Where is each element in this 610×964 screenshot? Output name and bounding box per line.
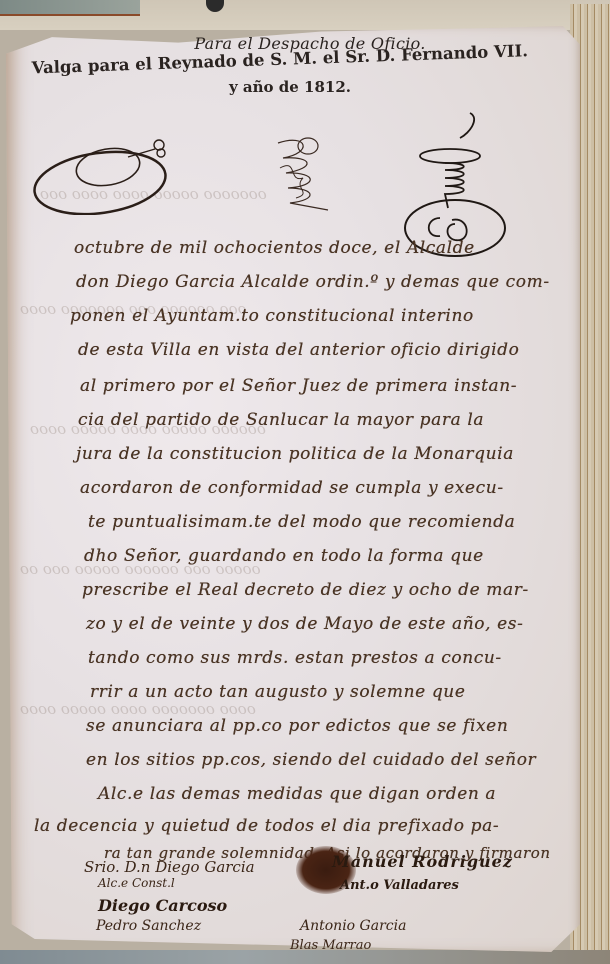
body-line: octubre de mil ochocientos doce, el Alca… [74, 238, 475, 258]
signature: Pedro Sanchez [96, 918, 201, 934]
rubric-center-icon [268, 128, 338, 218]
signature: Ant.o Valladares [340, 878, 459, 893]
body-line: la decencia y quietud de todos el dia pr… [34, 816, 499, 836]
signature: Diego Carcoso [98, 896, 227, 915]
signature: Srio. D.n Diego Garcia [84, 858, 255, 876]
body-line: rrir a un acto tan augusto y solemne que [90, 682, 466, 702]
body-line: en los sitios pp.cos, siendo del cuidado… [86, 750, 536, 770]
body-line: jura de la constitucion politica de la M… [76, 444, 514, 464]
body-line: acordaron de conformidad se cumpla y exe… [80, 478, 504, 498]
body-line: te puntualisimam.te del modo que recomie… [88, 512, 515, 532]
body-line: Alc.e las demas medidas que digan orden … [98, 784, 496, 804]
body-line: zo y el de veinte y dos de Mayo de este … [86, 614, 523, 634]
body-line: dho Señor, guardando en todo la forma qu… [84, 546, 484, 566]
rubric-right-icon [400, 108, 520, 258]
rubric-left-icon [30, 135, 180, 215]
body-line: cia del partido de Sanlucar la mayor par… [78, 410, 484, 430]
body-line: don Diego Garcia Alcalde ordin.º y demas… [76, 272, 550, 292]
signature: Manuel Rodriguez [332, 852, 513, 871]
body-line: prescribe el Real decreto de diez y ocho… [82, 580, 529, 600]
signature-title: Alc.e Const.l [98, 876, 175, 890]
body-line: se anunciara al pp.co por edictos que se… [86, 716, 508, 736]
signature: Blas Marrao [290, 938, 371, 953]
printed-stamp-header: Para el Despacho de Oficio. Valga para e… [0, 34, 600, 96]
body-line: ponen el Ayuntam.to constitucional inter… [70, 306, 474, 326]
backdrop-folder-edge [0, 0, 140, 16]
body-line: tando como sus mrds. estan prestos a con… [88, 648, 502, 668]
body-line: de esta Villa en vista del anterior ofic… [78, 340, 519, 360]
body-line: al primero por el Señor Juez de primera … [80, 376, 517, 396]
signature: Antonio Garcia [300, 918, 406, 934]
header-line-3: y año de 1812. [0, 78, 600, 96]
